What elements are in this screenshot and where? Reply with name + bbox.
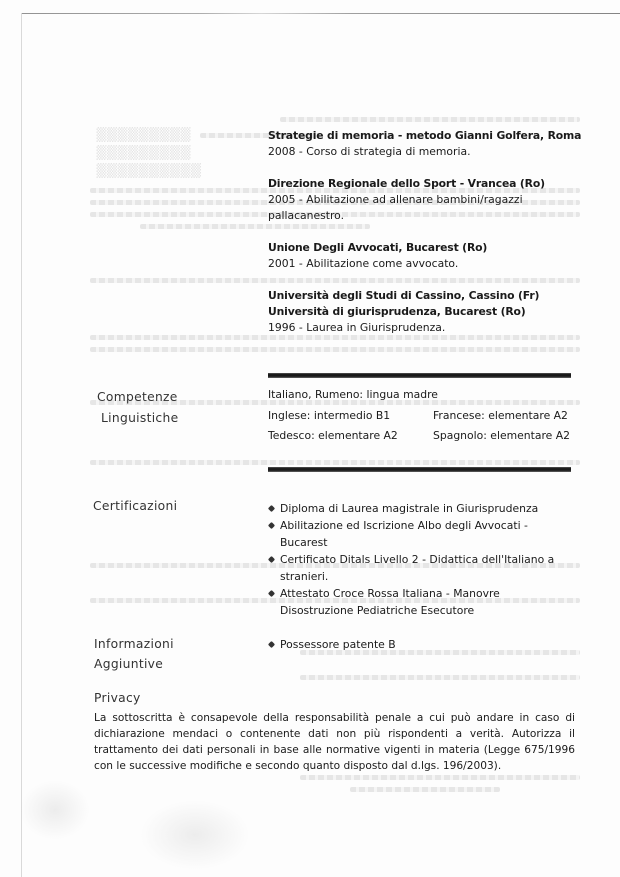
list-item: Attestato Croce Rossa Italiana - Manovre…	[268, 585, 568, 619]
entry-institution: Unione Degli Avvocati, Bucarest (Ro)	[268, 240, 588, 256]
bullet-icon	[268, 641, 275, 648]
language-item: Francese: elementare A2	[433, 408, 568, 424]
bullet-icon	[268, 505, 275, 512]
bullet-icon	[268, 590, 275, 597]
ghost-line	[300, 775, 580, 780]
list-item: Certificato Ditals Livello 2 - Didattica…	[268, 551, 568, 585]
education-entry: Unione Degli Avvocati, Bucarest (Ro) 200…	[268, 240, 588, 272]
entry-institution: Direzione Regionale dello Sport - Vrance…	[268, 176, 553, 192]
education-entry: Direzione Regionale dello Sport - Vrance…	[268, 176, 553, 224]
mother-tongue: Italiano, Rumeno: lingua madre	[268, 387, 438, 403]
ghost-text: ▒▒▒▒▒▒▒▒▒	[96, 128, 190, 143]
ghost-line	[300, 675, 580, 680]
education-entry: Università degli Studi di Cassino, Cassi…	[268, 288, 588, 336]
scan-smudge	[20, 780, 90, 840]
section-label-languages-line1: Competenze	[97, 386, 178, 408]
entry-detail: 2005 - Abilitazione ad allenare bambini/…	[268, 192, 553, 224]
entry-detail: 1996 - Laurea in Giurisprudenza.	[268, 320, 588, 336]
ghost-line	[90, 347, 580, 352]
language-item: Tedesco: elementare A2	[268, 428, 398, 444]
scan-page-edge-left	[21, 13, 22, 877]
entry-institution-secondary: Università di giurisprudenza, Bucarest (…	[268, 304, 588, 320]
education-entry: Strategie di memoria - metodo Gianni Gol…	[268, 128, 588, 160]
section-label-additional-line1: Informazioni	[94, 633, 174, 655]
ghost-line	[350, 787, 500, 792]
scan-smudge	[140, 800, 250, 870]
list-item: Possessore patente B	[268, 636, 568, 653]
list-item: Diploma di Laurea magistrale in Giurispr…	[268, 500, 568, 517]
ghost-line	[140, 224, 370, 229]
section-divider	[268, 467, 571, 472]
ghost-text: ▒▒▒▒▒▒▒▒▒▒	[96, 164, 201, 179]
language-item: Spagnolo: elementare A2	[433, 428, 570, 444]
entry-institution: Università degli Studi di Cassino, Cassi…	[268, 288, 588, 304]
bullet-icon	[268, 556, 275, 563]
entry-detail: 2001 - Abilitazione come avvocato.	[268, 256, 588, 272]
ghost-text: ▒▒▒▒▒▒▒▒▒	[96, 146, 190, 161]
list-item: Abilitazione ed Iscrizione Albo degli Av…	[268, 517, 568, 551]
certifications-list: Diploma di Laurea magistrale in Giurispr…	[268, 500, 568, 619]
section-label-certifications: Certificazioni	[93, 495, 177, 517]
section-label-additional-line2: Aggiuntive	[94, 653, 163, 675]
scan-page-edge-top	[22, 13, 620, 14]
additional-info-list: Possessore patente B	[268, 636, 568, 653]
entry-institution: Strategie di memoria - metodo Gianni Gol…	[268, 128, 588, 144]
entry-detail: 2008 - Corso di strategia di memoria.	[268, 144, 588, 160]
privacy-statement: La sottoscritta è consapevole della resp…	[94, 710, 575, 774]
ghost-line	[90, 460, 580, 465]
language-item: Inglese: intermedio B1	[268, 408, 390, 424]
ghost-line	[90, 278, 580, 283]
ghost-line	[280, 117, 580, 122]
privacy-title: Privacy	[94, 691, 141, 705]
section-label-languages-line2: Linguistiche	[101, 407, 178, 429]
section-divider	[268, 373, 571, 378]
bullet-icon	[268, 522, 275, 529]
